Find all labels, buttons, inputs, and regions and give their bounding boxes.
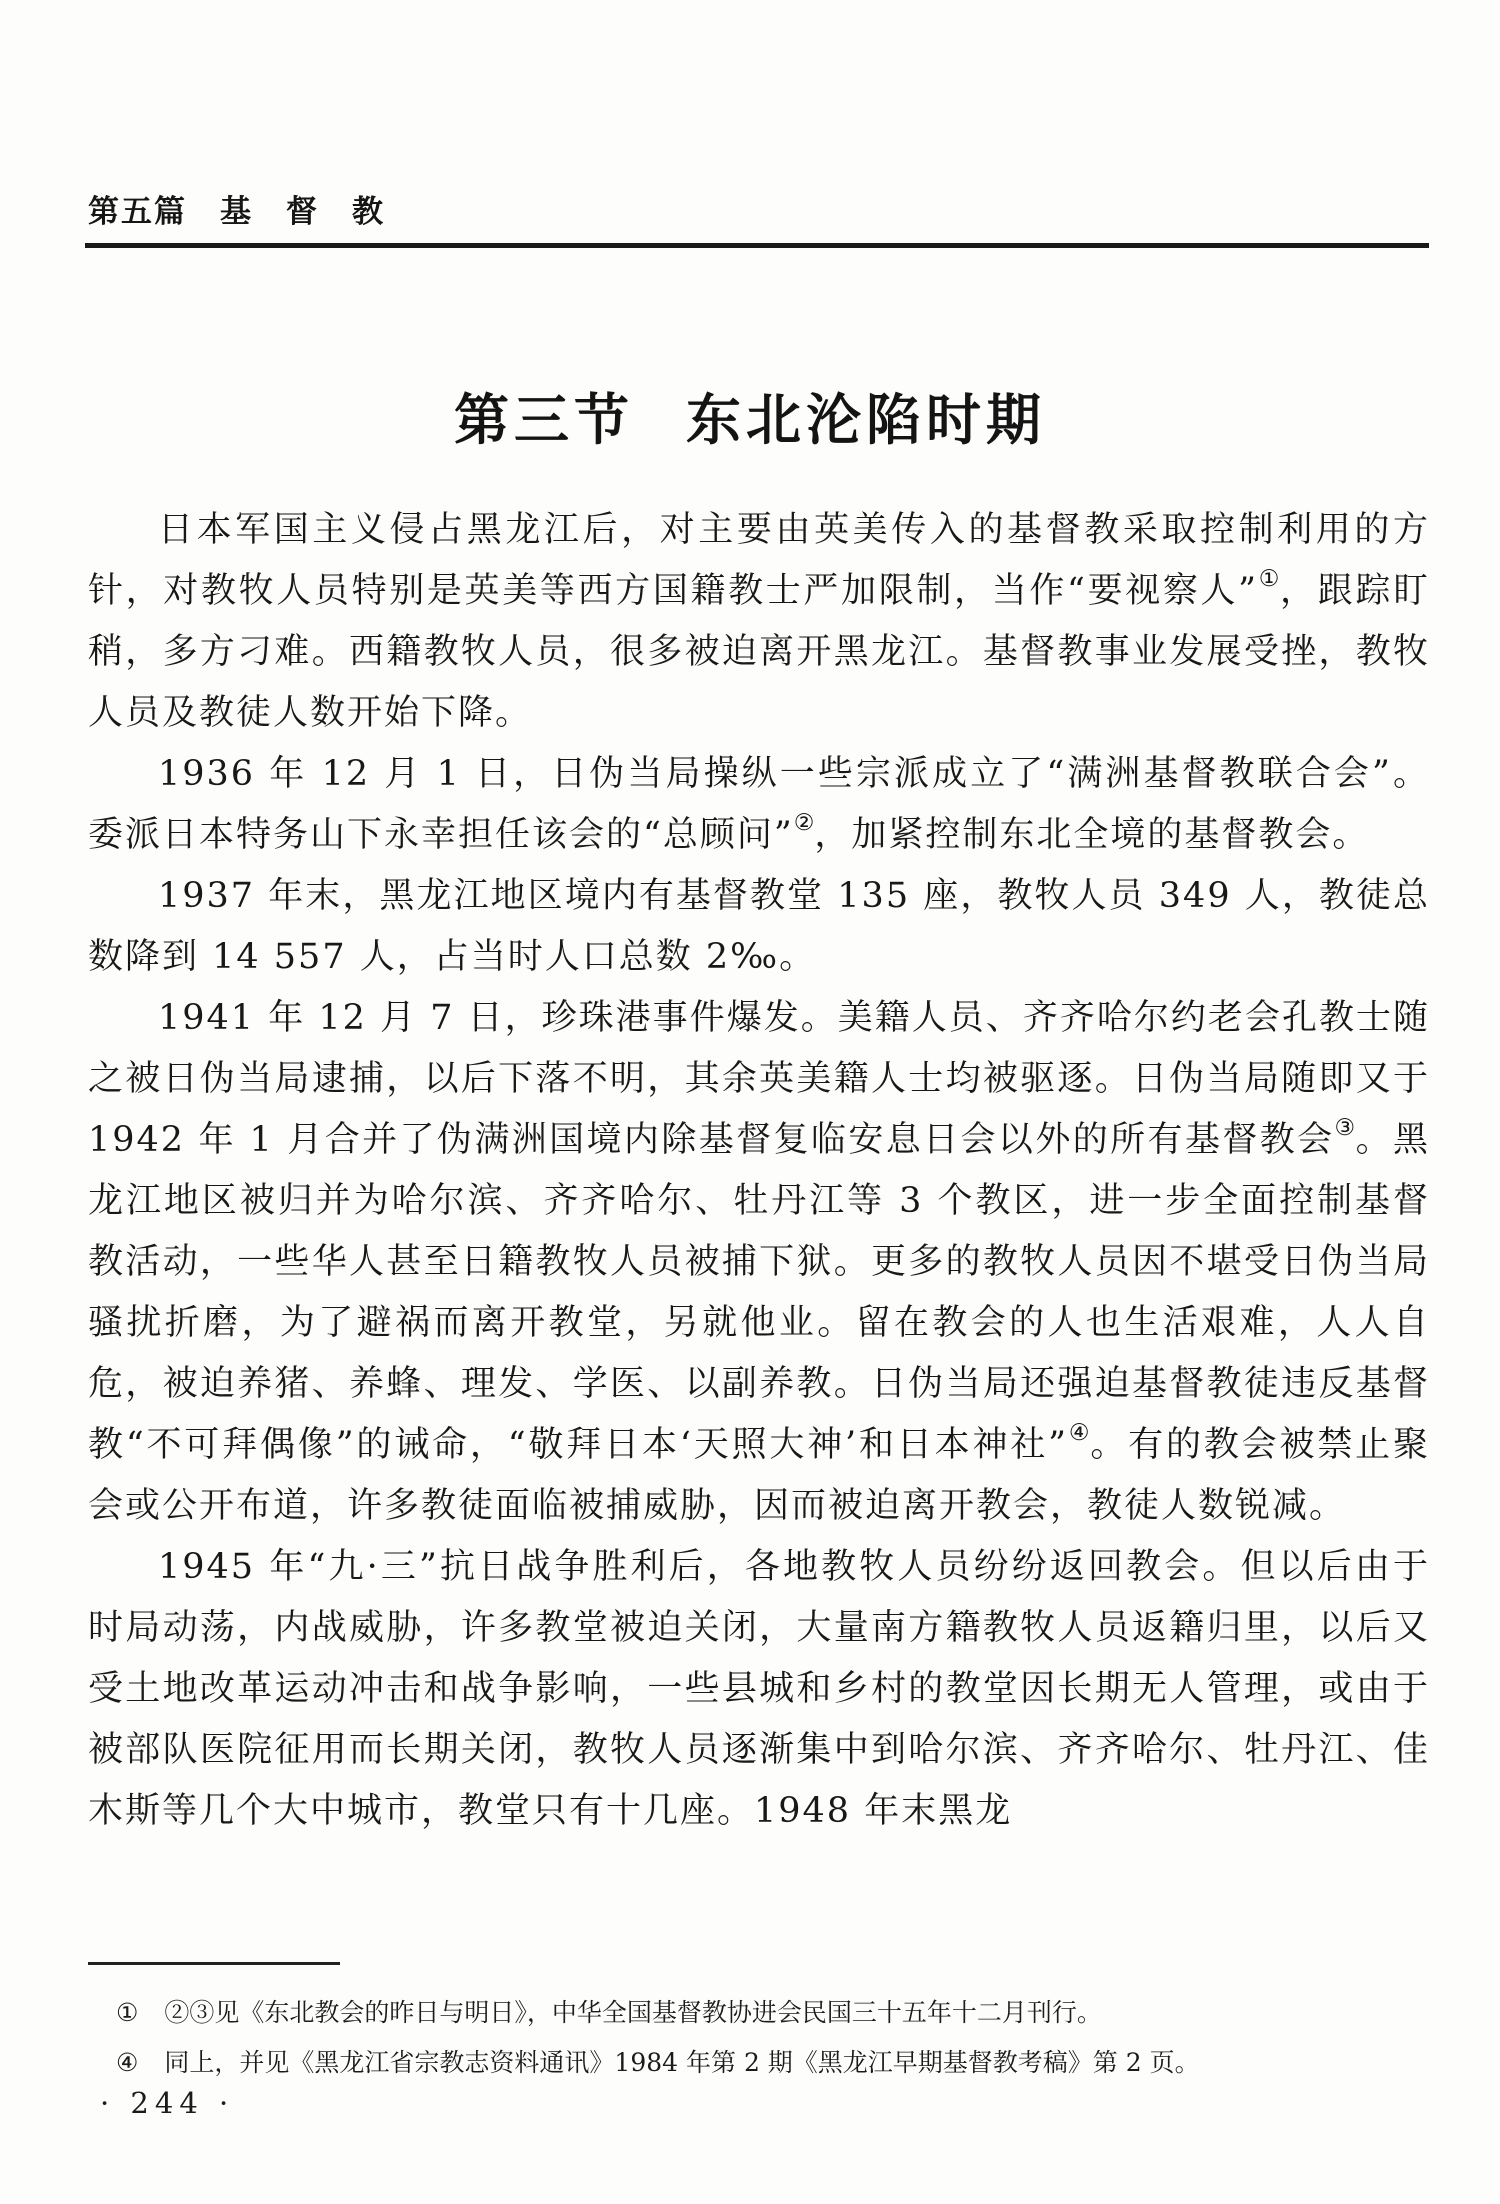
footnote-marker: ④ — [116, 2038, 138, 2088]
body-paragraph: 1945 年“九·三”抗日战争胜利后，各地教牧人员纷纷返回教会。但以后由于时局动… — [88, 1537, 1430, 1842]
footnote-marker: ① — [116, 1988, 138, 2038]
book-page: 第五篇 基 督 教 第三节东北沦陷时期 日本军国主义侵占黑龙江后，对主要由英美传… — [0, 0, 1500, 2204]
body-text: 日本军国主义侵占黑龙江后，对主要由英美传入的基督教采取控制利用的方针，对教牧人员… — [88, 500, 1430, 1842]
running-header: 第五篇 基 督 教 — [88, 186, 385, 231]
section-title: 第三节东北沦陷时期 — [0, 376, 1500, 455]
text-run: 日本军国主义侵占黑龙江后，对主要由英美传入的基督教采取控制利用的方针，对教牧人员… — [88, 510, 1430, 611]
text-run: ，加紧控制东北全境的基督教会。 — [814, 815, 1369, 855]
footnote-separator — [88, 1962, 340, 1965]
page-number: · 244 · — [100, 2086, 234, 2120]
text-run: 1941 年 12 月 7 日，珍珠港事件爆发。美籍人员、齐齐哈尔约老会孔教士随… — [88, 998, 1430, 1160]
footnote-item: ①②③见《东北教会的昨日与明日》，中华全国基督教协进会民国三十五年十二月刊行。 — [116, 1988, 1416, 2038]
footnote-text: 同上，并见《黑龙江省宗教志资料通讯》1984 年第 2 期《黑龙江早期基督教考稿… — [164, 2048, 1199, 2077]
header-rule — [85, 243, 1429, 248]
footnote-text: ②③见《东北教会的昨日与明日》，中华全国基督教协进会民国三十五年十二月刊行。 — [164, 1998, 1102, 2027]
body-paragraph: 1941 年 12 月 7 日，珍珠港事件爆发。美籍人员、齐齐哈尔约老会孔教士随… — [88, 988, 1430, 1537]
footnote-ref: ③ — [1335, 1115, 1356, 1141]
footnote-ref: ② — [794, 810, 815, 836]
text-run: 1937 年末，黑龙江地区境内有基督教堂 135 座，教牧人员 349 人，教徒… — [88, 876, 1430, 977]
body-paragraph: 日本军国主义侵占黑龙江后，对主要由英美传入的基督教采取控制利用的方针，对教牧人员… — [88, 500, 1430, 744]
body-paragraph: 1936 年 12 月 1 日，日伪当局操纵一些宗派成立了“满洲基督教联合会”。… — [88, 744, 1430, 866]
footnote-item: ④同上，并见《黑龙江省宗教志资料通讯》1984 年第 2 期《黑龙江早期基督教考… — [116, 2038, 1416, 2088]
body-paragraph: 1937 年末，黑龙江地区境内有基督教堂 135 座，教牧人员 349 人，教徒… — [88, 866, 1430, 988]
footnote-ref: ④ — [1068, 1420, 1090, 1446]
text-run: 1945 年“九·三”抗日战争胜利后，各地教牧人员纷纷返回教会。但以后由于时局动… — [88, 1547, 1430, 1831]
section-number: 第三节 — [454, 387, 634, 452]
footnotes: ①②③见《东北教会的昨日与明日》，中华全国基督教协进会民国三十五年十二月刊行。④… — [116, 1988, 1416, 2088]
section-name: 东北沦陷时期 — [686, 387, 1046, 452]
footnote-ref: ① — [1258, 566, 1280, 592]
text-run: 。黑龙江地区被归并为哈尔滨、齐齐哈尔、牡丹江等 3 个教区，进一步全面控制基督教… — [88, 1120, 1430, 1465]
